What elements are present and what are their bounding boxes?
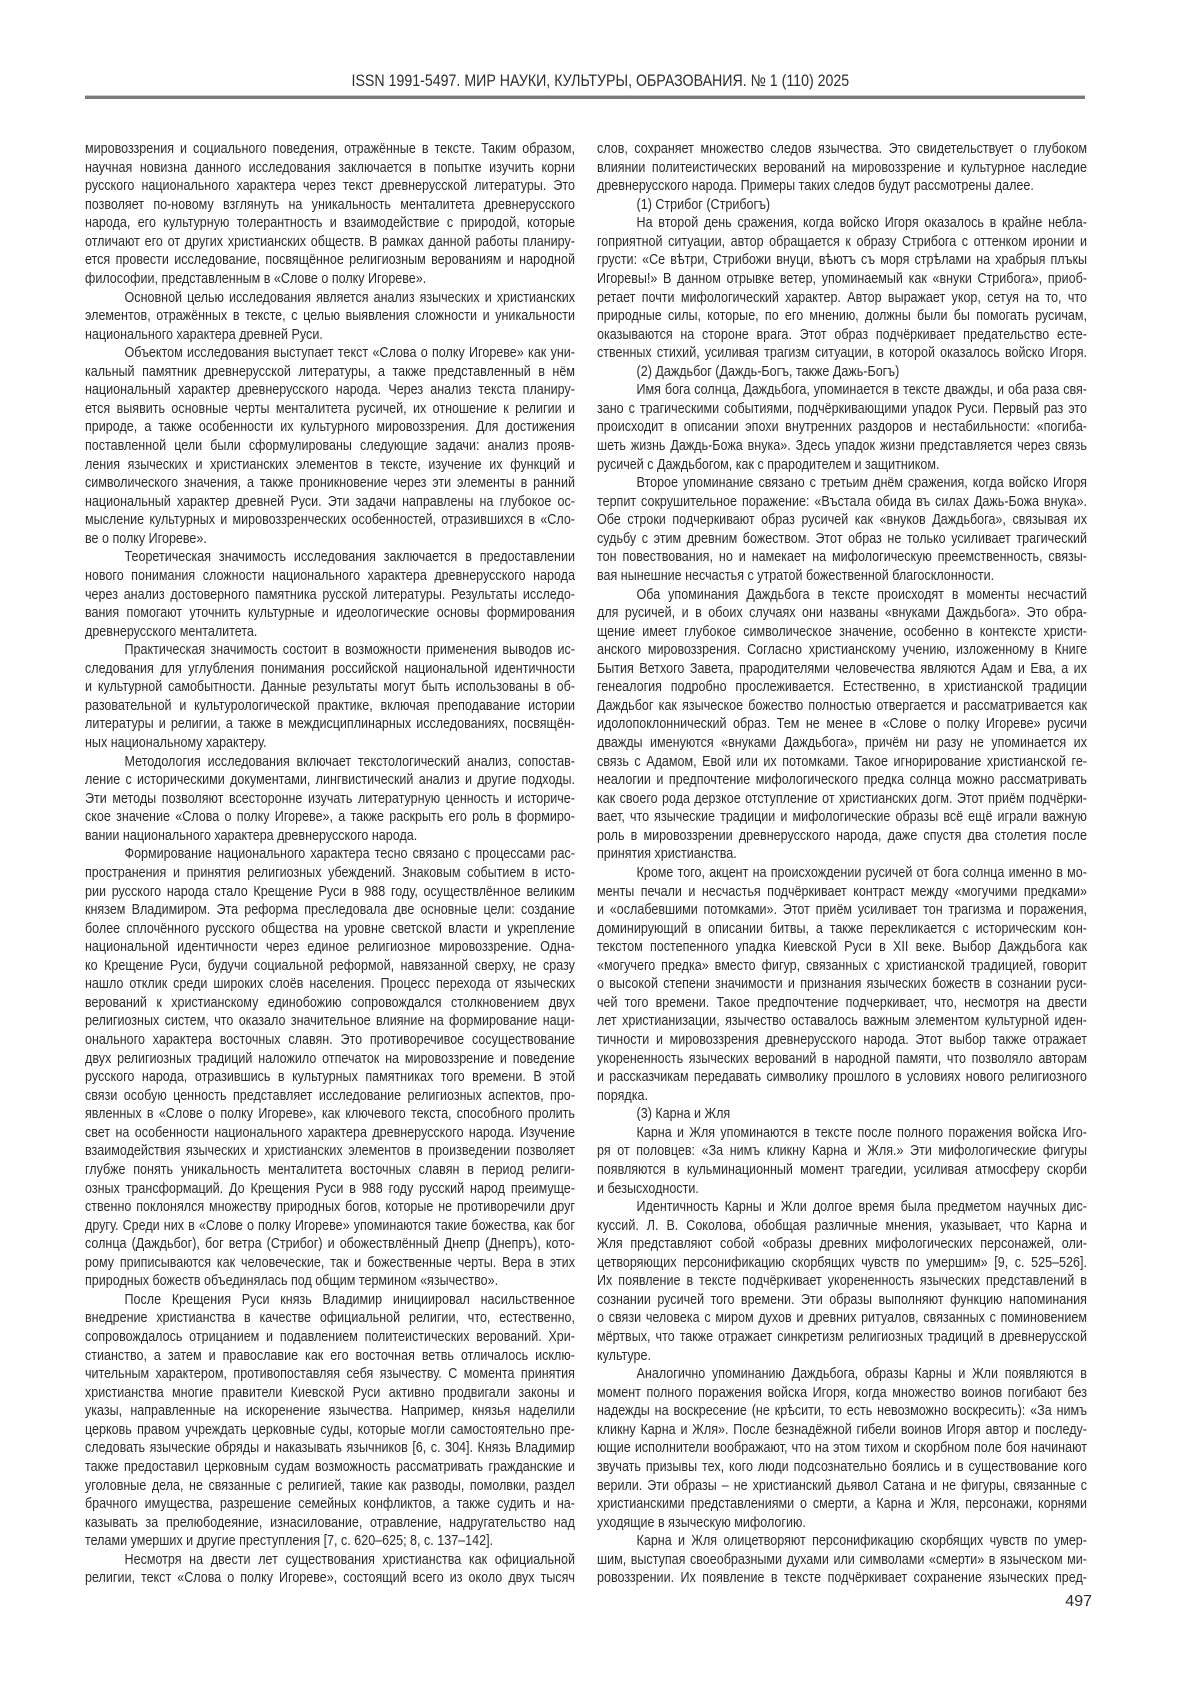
running-header-title: ISSN 1991-5497. МИР НАУКИ, КУЛЬТУРЫ, ОБР…	[351, 72, 849, 91]
text-line: появляются в кульминационный момент траг…	[597, 1161, 1087, 1180]
text-line: генеалогия подробно прослеживается. Есте…	[597, 678, 1087, 697]
right-text-column: слов, сохраняет множество следов язычест…	[597, 140, 1087, 1588]
text-line: о высокой степени значимости и признания…	[597, 975, 1087, 994]
text-line: элементов, отражённых в тексте, с целью …	[85, 307, 575, 326]
text-line: князем Владимиром. Эта реформа преследов…	[85, 901, 575, 920]
text-line: мёртвых, что также отражает синкретизм р…	[597, 1328, 1087, 1347]
text-line: сознании русичей того времени. Эти образ…	[597, 1291, 1087, 1310]
text-line: национального характера древней Руси.	[85, 326, 575, 345]
text-line: следовать языческие обряды и наказывать …	[85, 1439, 575, 1458]
text-line: ственных стихий, усиливая трагизм ситуац…	[597, 344, 1087, 363]
text-line: научная новизна данного исследования зак…	[85, 159, 575, 178]
text-line: двух религиозных традиций наложило отпеч…	[85, 1050, 575, 1069]
text-line: ретает почти мифологический характер. Ав…	[597, 289, 1087, 308]
text-line: происходит в описании эпохи внутренних р…	[597, 418, 1087, 437]
text-line: вании национального характера древнерусс…	[85, 827, 575, 846]
text-line: внедрение христианства в качестве официа…	[85, 1309, 575, 1328]
text-line: менты печали и несчастья подчёркивает ко…	[597, 883, 1087, 902]
text-line: Карна и Жля олицетворяют персонификацию …	[597, 1532, 1087, 1551]
text-line: тичности и мировоззрения древнерусского …	[597, 1031, 1087, 1050]
text-line: верили. Эти образы – не христианский дья…	[597, 1477, 1087, 1496]
text-line: оказываются на стороне врага. Этот образ…	[597, 326, 1087, 345]
running-header: ISSN 1991-5497. МИР НАУКИ, КУЛЬТУРЫ, ОБР…	[0, 72, 1200, 91]
text-line: Кроме того, акцент на происхождении руси…	[597, 864, 1087, 883]
text-line: уголовные дела, не связанные с религией,…	[85, 1477, 575, 1496]
text-line: связь с Адамом, Евой или их потомками. Т…	[597, 753, 1087, 772]
text-line: ское значение «Слова о полку Игореве», а…	[85, 808, 575, 827]
left-column-lines: мировоззрения и социального поведения, о…	[85, 140, 575, 1588]
text-line: другу. Среди них в «Слове о полку Игорев…	[85, 1217, 575, 1236]
text-line: Объектом исследования выступает текст «С…	[85, 344, 575, 363]
text-line: Карна и Жля упоминаются в тексте после п…	[597, 1124, 1087, 1143]
text-line: анского мировоззрения. Согласно христиан…	[597, 641, 1087, 660]
text-line: и безысходности.	[597, 1180, 1087, 1199]
text-line: рии русского народа стало Крещение Руси …	[85, 883, 575, 902]
text-line: (2) Даждьбог (Даждь-Богъ, также Дажь-Бог…	[597, 363, 1087, 382]
text-line: надежды на воскресение (не крѣсити, то е…	[597, 1402, 1087, 1421]
text-line: уходящие в языческую мифологию.	[597, 1514, 1087, 1533]
text-line: религии, текст «Слова о полку Игореве», …	[85, 1569, 575, 1588]
text-line: культуре.	[597, 1347, 1087, 1366]
text-line: мысление культурных и мировоззренческих …	[85, 511, 575, 530]
text-line: укорененность языческих верований в наро…	[597, 1050, 1087, 1069]
text-line: русского национального характера через т…	[85, 177, 575, 196]
text-line: цетворяющих персонификацию скорбящих чув…	[597, 1254, 1087, 1273]
text-line: церковь правом учреждать церковные суды,…	[85, 1421, 575, 1440]
text-line: На второй день сражения, когда войско Иг…	[597, 214, 1087, 233]
text-line: неалогии и предпочтение мифологического …	[597, 771, 1087, 790]
text-line: влиянии политеистических верований на ми…	[597, 159, 1087, 178]
text-line: взаимодействия языческих и христианских …	[85, 1142, 575, 1161]
text-line: зано с трагическими событиями, подчёркив…	[597, 400, 1087, 419]
text-line: Их появление в тексте подчёркивает укоре…	[597, 1272, 1087, 1291]
text-line: ется выявить основные черты менталитета …	[85, 400, 575, 419]
text-line: тон повествования, но и намекает на мифо…	[597, 548, 1087, 567]
text-line: шим, выступая своеобразными духами или с…	[597, 1551, 1087, 1570]
text-line: древнерусского народа. Примеры таких сле…	[597, 177, 1087, 196]
text-line: вает, что языческие традиции и мифологич…	[597, 808, 1087, 827]
text-line: брачного имущества, разрешение семейных …	[85, 1495, 575, 1514]
text-line: куссий. Л. В. Соколова, обобщая различны…	[597, 1217, 1087, 1236]
text-line: ления языческих и христианских элементов…	[85, 456, 575, 475]
text-line: национальный характер древней Руси. Эти …	[85, 493, 575, 512]
text-line: для русичей, и в обоих случаях они назва…	[597, 604, 1087, 623]
text-line: ря от половцев: «За нимъ кликну Карна и …	[597, 1142, 1087, 1161]
text-line: доминирующий в описании битвы, а также п…	[597, 920, 1087, 939]
text-line: грусти: «Се вѣтри, Стрибожи внуци, вѣютъ…	[597, 251, 1087, 270]
text-line: как своего рода дерзкое отступление от х…	[597, 790, 1087, 809]
text-line: судьбу с этим древним божеством. Этот об…	[597, 530, 1087, 549]
header-rule	[85, 96, 1085, 99]
text-line: чей того времени. Такое предпочтение под…	[597, 994, 1087, 1013]
text-line: идолопоклоннический образ. Тем не менее …	[597, 715, 1087, 734]
text-line: природных божеств объединялась под общим…	[85, 1272, 575, 1291]
text-line: Практическая значимость состоит в возмож…	[85, 641, 575, 660]
text-line: мировоззрения и социального поведения, о…	[85, 140, 575, 159]
text-line: Основной целью исследования является ана…	[85, 289, 575, 308]
text-line: природные силы, которые, по его мнению, …	[597, 307, 1087, 326]
text-line: озных трансформаций. До Крещения Руси в …	[85, 1180, 575, 1199]
text-line: ко Крещение Руси, будучи социальной рефо…	[85, 957, 575, 976]
text-line: шеть жизнь Даждь-Божа внука». Здесь упад…	[597, 437, 1087, 456]
text-line: Игоревы!» В данном отрывке ветер, упомин…	[597, 270, 1087, 289]
text-line: текстом постепенного упадка Киевской Рус…	[597, 938, 1087, 957]
text-line: философии, представленным в «Слове о пол…	[85, 270, 575, 289]
text-line: пространения и принятия религиозных убеж…	[85, 864, 575, 883]
text-line: Жля представляют собой «образы древних м…	[597, 1235, 1087, 1254]
text-line: вания помогают уточнить культурные и иде…	[85, 604, 575, 623]
text-line: литературы и религии, а также в междисци…	[85, 715, 575, 734]
text-line: дважды именуются «внуками Даждьбога», пр…	[597, 734, 1087, 753]
text-line: народа, его культурную толерантность и в…	[85, 214, 575, 233]
text-line: кальный памятник древнерусской литератур…	[85, 363, 575, 382]
text-line: казывать за прелюбодеяние, изнасилование…	[85, 1514, 575, 1533]
text-line: звучать призывы тех, кого люди подсознат…	[597, 1458, 1087, 1477]
text-line: ровоззрении. Их появление в тексте подчё…	[597, 1569, 1087, 1588]
text-line: стианство, а затем и православие как его…	[85, 1347, 575, 1366]
text-line: поставленной цели были сформулированы сл…	[85, 437, 575, 456]
text-line: о связи человека с миром духов и древних…	[597, 1309, 1087, 1328]
text-line: христианскими представлениями о смерти, …	[597, 1495, 1087, 1514]
text-line: принятия христианства.	[597, 845, 1087, 864]
text-line: лет христианизации, язычество оставалось…	[597, 1012, 1087, 1031]
text-line: терпит сокрушительное поражение: «Въстал…	[597, 493, 1087, 512]
text-line: слов, сохраняет множество следов язычест…	[597, 140, 1087, 159]
text-line: символического значения, а также проникн…	[85, 474, 575, 493]
text-line: ющие исполнители воображают, что на этом…	[597, 1439, 1087, 1458]
text-line: Идентичность Карны и Жли долгое время бы…	[597, 1198, 1087, 1217]
text-line: ве о полку Игореве».	[85, 530, 575, 549]
text-line: Имя бога солнца, Даждьбога, упоминается …	[597, 381, 1087, 400]
text-line: русского народа, отразившись в культурны…	[85, 1068, 575, 1087]
text-line: кликну Карна и Жля». После безнадёжной г…	[597, 1421, 1087, 1440]
text-line: телами умерших и другие преступления [7,…	[85, 1532, 575, 1551]
text-line: сопровождалось отрицанием и подавлением …	[85, 1328, 575, 1347]
right-column-lines: слов, сохраняет множество следов язычест…	[597, 140, 1087, 1588]
text-line: Аналогично упоминанию Даждьбога, образы …	[597, 1365, 1087, 1384]
text-line: явленных в «Слове о полку Игореве», как …	[85, 1105, 575, 1124]
text-line: указы, направленные на искоренение языче…	[85, 1402, 575, 1421]
text-line: вая нынешние несчастья с утратой божеств…	[597, 567, 1087, 586]
text-line: Даждьбог как языческое божество полность…	[597, 697, 1087, 716]
text-line: русичей с Даждьбогом, как с прародителем…	[597, 456, 1087, 475]
text-line: ется провести исследование, посвящённое …	[85, 251, 575, 270]
page-number: 497	[1060, 1593, 1092, 1611]
text-line: отличают его от других христианских обще…	[85, 233, 575, 252]
text-line: Второе упоминание связано с третьим днём…	[597, 474, 1087, 493]
text-line: онального характера восточных славян. Эт…	[85, 1031, 575, 1050]
text-line: Формирование национального характера тес…	[85, 845, 575, 864]
text-line: и культурной самобытности. Данные резуль…	[85, 678, 575, 697]
text-line: древнерусского менталитета.	[85, 623, 575, 642]
text-line: более сплочённого русского общества на у…	[85, 920, 575, 939]
text-line: чительным характером, противопоставляя с…	[85, 1365, 575, 1384]
text-line: После Крещения Руси князь Владимир иници…	[85, 1291, 575, 1310]
text-line: Обе строки подчеркивают образ русичей ка…	[597, 511, 1087, 530]
text-line: «могучего предка» вместо фигур, связанны…	[597, 957, 1087, 976]
text-line: роль в мировоззрении древнерусского наро…	[597, 827, 1087, 846]
text-line: солнца (Даждьбог), бог ветра (Стрибог) и…	[85, 1235, 575, 1254]
text-line: также предоставил церковным судам возмож…	[85, 1458, 575, 1477]
text-line: ных национальному характеру.	[85, 734, 575, 753]
text-line: глубже понять уникальность менталитета в…	[85, 1161, 575, 1180]
text-line: Несмотря на двести лет существования хри…	[85, 1551, 575, 1570]
text-line: природе, а также особенности их культурн…	[85, 418, 575, 437]
text-line: ственно поклонялся множеству природных б…	[85, 1198, 575, 1217]
text-line: (3) Карна и Жля	[597, 1105, 1087, 1124]
text-line: рому приписываются как человеческие, так…	[85, 1254, 575, 1273]
text-line: и «ослабевшими потомками». Этот приём ус…	[597, 901, 1087, 920]
text-line: гоприятной ситуации, автор обращается к …	[597, 233, 1087, 252]
text-line: национальный характер древнерусского нар…	[85, 381, 575, 400]
text-line: религиозных систем, что оказало значител…	[85, 1012, 575, 1031]
text-line: нашло отклик среди широких слоёв населен…	[85, 975, 575, 994]
text-line: Оба упоминания Даждьбога в тексте происх…	[597, 586, 1087, 605]
text-line: ление с историческими документами, лингв…	[85, 771, 575, 790]
text-line: щение имеет глубокое символическое значе…	[597, 623, 1087, 642]
text-line: разовательной и культурологической практ…	[85, 697, 575, 716]
text-line: Методология исследования включает тексто…	[85, 753, 575, 772]
text-line: свет на особенности национального характ…	[85, 1124, 575, 1143]
text-line: следования для углубления понимания росс…	[85, 660, 575, 679]
text-line: Бытия Ветхого Завета, прародителями чело…	[597, 660, 1087, 679]
text-line: момент полного поражения войска Игоря, к…	[597, 1384, 1087, 1403]
text-line: (1) Стрибог (Стрибогъ)	[597, 196, 1087, 215]
text-line: верований к христианскому единобожию соп…	[85, 994, 575, 1013]
text-line: национальной идентичности через единое р…	[85, 938, 575, 957]
text-line: порядка.	[597, 1087, 1087, 1106]
text-line: связи особую ценность представляет иссле…	[85, 1087, 575, 1106]
left-text-column: мировоззрения и социального поведения, о…	[85, 140, 575, 1588]
text-line: Эти методы позволяют всесторонне изучать…	[85, 790, 575, 809]
journal-page: ISSN 1991-5497. МИР НАУКИ, КУЛЬТУРЫ, ОБР…	[0, 0, 1200, 1697]
text-line: через анализ достоверного памятника русс…	[85, 586, 575, 605]
text-line: позволяет по-новому взглянуть на уникаль…	[85, 196, 575, 215]
text-line: Теоретическая значимость исследования за…	[85, 548, 575, 567]
text-line: и рассказчикам передавать символику прош…	[597, 1068, 1087, 1087]
text-line: христианства многие правители Киевской Р…	[85, 1384, 575, 1403]
text-line: нового понимания сложности национального…	[85, 567, 575, 586]
